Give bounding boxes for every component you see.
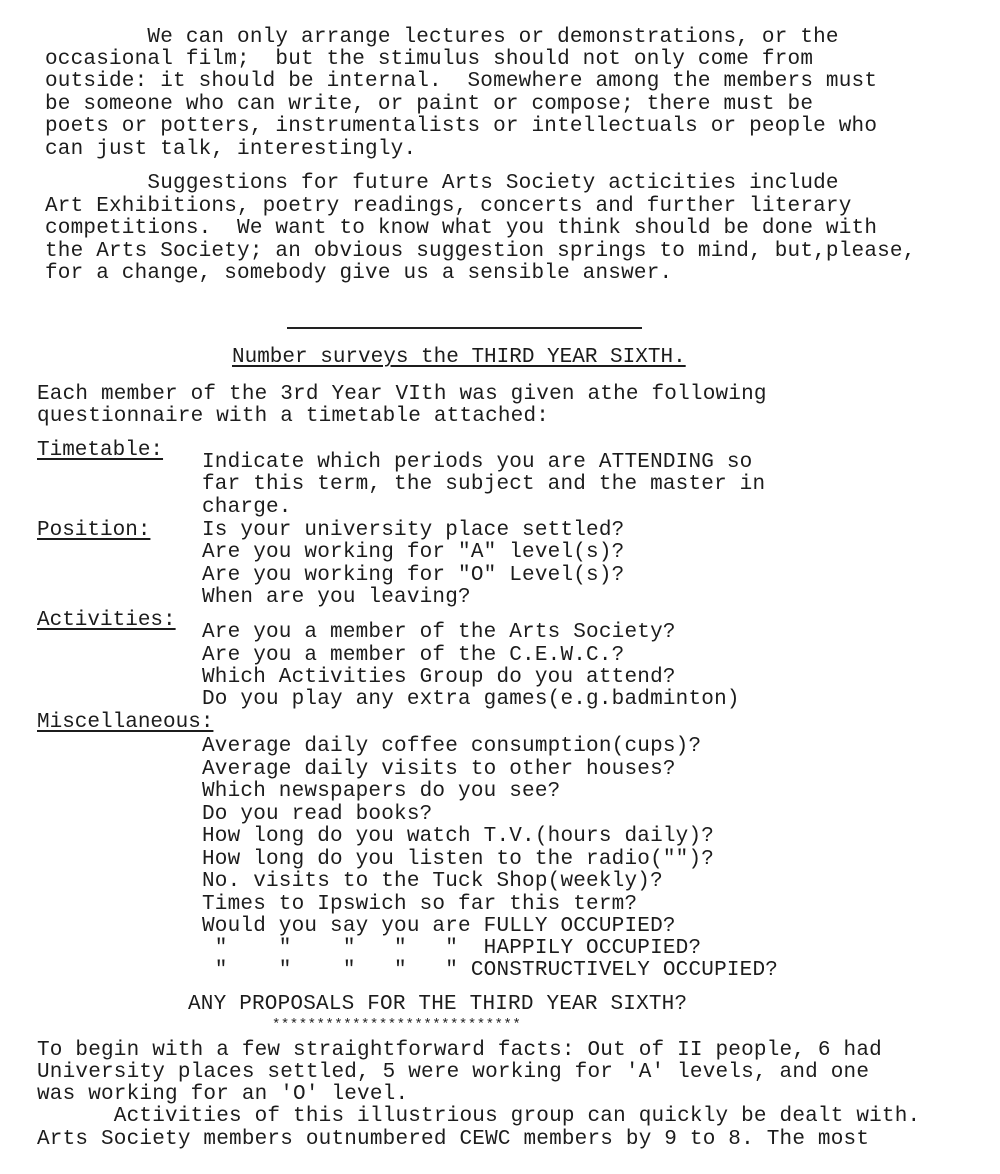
question: Are you a member of the C.E.W.C.? <box>202 645 624 667</box>
question: Do you read books? <box>202 804 432 826</box>
text-line: poets or potters, instrumentalists or in… <box>45 116 877 138</box>
survey-title: Number surveys the THIRD YEAR SIXTH. <box>232 347 686 369</box>
question: Which Activities Group do you attend? <box>202 667 676 689</box>
question: Are you working for "A" level(s)? <box>202 542 624 564</box>
question: " " " " " CONSTRUCTIVELY OCCUPIED? <box>202 960 778 982</box>
text-line: Activities of this illustrious group can… <box>37 1106 920 1128</box>
question: far this term, the subject and the maste… <box>202 474 765 496</box>
text-line: Each member of the 3rd Year VIth was giv… <box>37 384 767 406</box>
section-label: Miscellaneous: <box>37 712 213 734</box>
question: Would you say you are FULLY OCCUPIED? <box>202 916 676 938</box>
question: Is your university place settled? <box>202 520 624 542</box>
question: Average daily visits to other houses? <box>202 759 676 781</box>
section-label: Position: <box>37 520 150 542</box>
text-line: We can only arrange lectures or demonstr… <box>45 27 839 49</box>
text-line: was working for an 'O' level. <box>37 1084 408 1106</box>
section-label: Activities: <box>37 610 176 632</box>
question: " " " " " HAPPILY OCCUPIED? <box>202 938 701 960</box>
question: How long do you listen to the radio("")? <box>202 849 714 871</box>
text-line: can just talk, interestingly. <box>45 139 416 161</box>
text-line: University places settled, 5 were workin… <box>37 1062 869 1084</box>
question: Times to Ipswich so far this term? <box>202 894 637 916</box>
text-line: To begin with a few straightforward fact… <box>37 1040 882 1062</box>
question: No. visits to the Tuck Shop(weekly)? <box>202 871 663 893</box>
section-divider <box>287 327 642 329</box>
text-line: questionnaire with a timetable attached: <box>37 406 549 428</box>
question: Are you a member of the Arts Society? <box>202 622 676 644</box>
text-line: Arts Society members outnumbered CEWC me… <box>37 1129 869 1151</box>
text-line: for a change, somebody give us a sensibl… <box>45 263 672 285</box>
question: charge. <box>202 497 292 519</box>
question: Indicate which periods you are ATTENDING… <box>202 452 753 474</box>
text-line: Art Exhibitions, poetry readings, concer… <box>45 196 852 218</box>
text-line: competitions. We want to know what you t… <box>45 218 877 240</box>
question: Are you working for "O" Level(s)? <box>202 565 624 587</box>
stars-divider: **************************** <box>272 1017 521 1033</box>
text-line: be someone who can write, or paint or co… <box>45 94 813 116</box>
text-line: Suggestions for future Arts Society acti… <box>45 173 839 195</box>
question: Which newspapers do you see? <box>202 781 560 803</box>
question: Do you play any extra games(e.g.badminto… <box>202 689 740 711</box>
question: How long do you watch T.V.(hours daily)? <box>202 826 714 848</box>
section-label: Timetable: <box>37 440 163 462</box>
text-line: the Arts Society; an obvious suggestion … <box>45 241 916 263</box>
text-line: occasional film; but the stimulus should… <box>45 49 813 71</box>
question: Average daily coffee consumption(cups)? <box>202 736 701 758</box>
text-line: outside: it should be internal. Somewher… <box>45 71 877 93</box>
question: When are you leaving? <box>202 587 471 609</box>
proposals-heading: ANY PROPOSALS FOR THE THIRD YEAR SIXTH? <box>188 994 687 1016</box>
